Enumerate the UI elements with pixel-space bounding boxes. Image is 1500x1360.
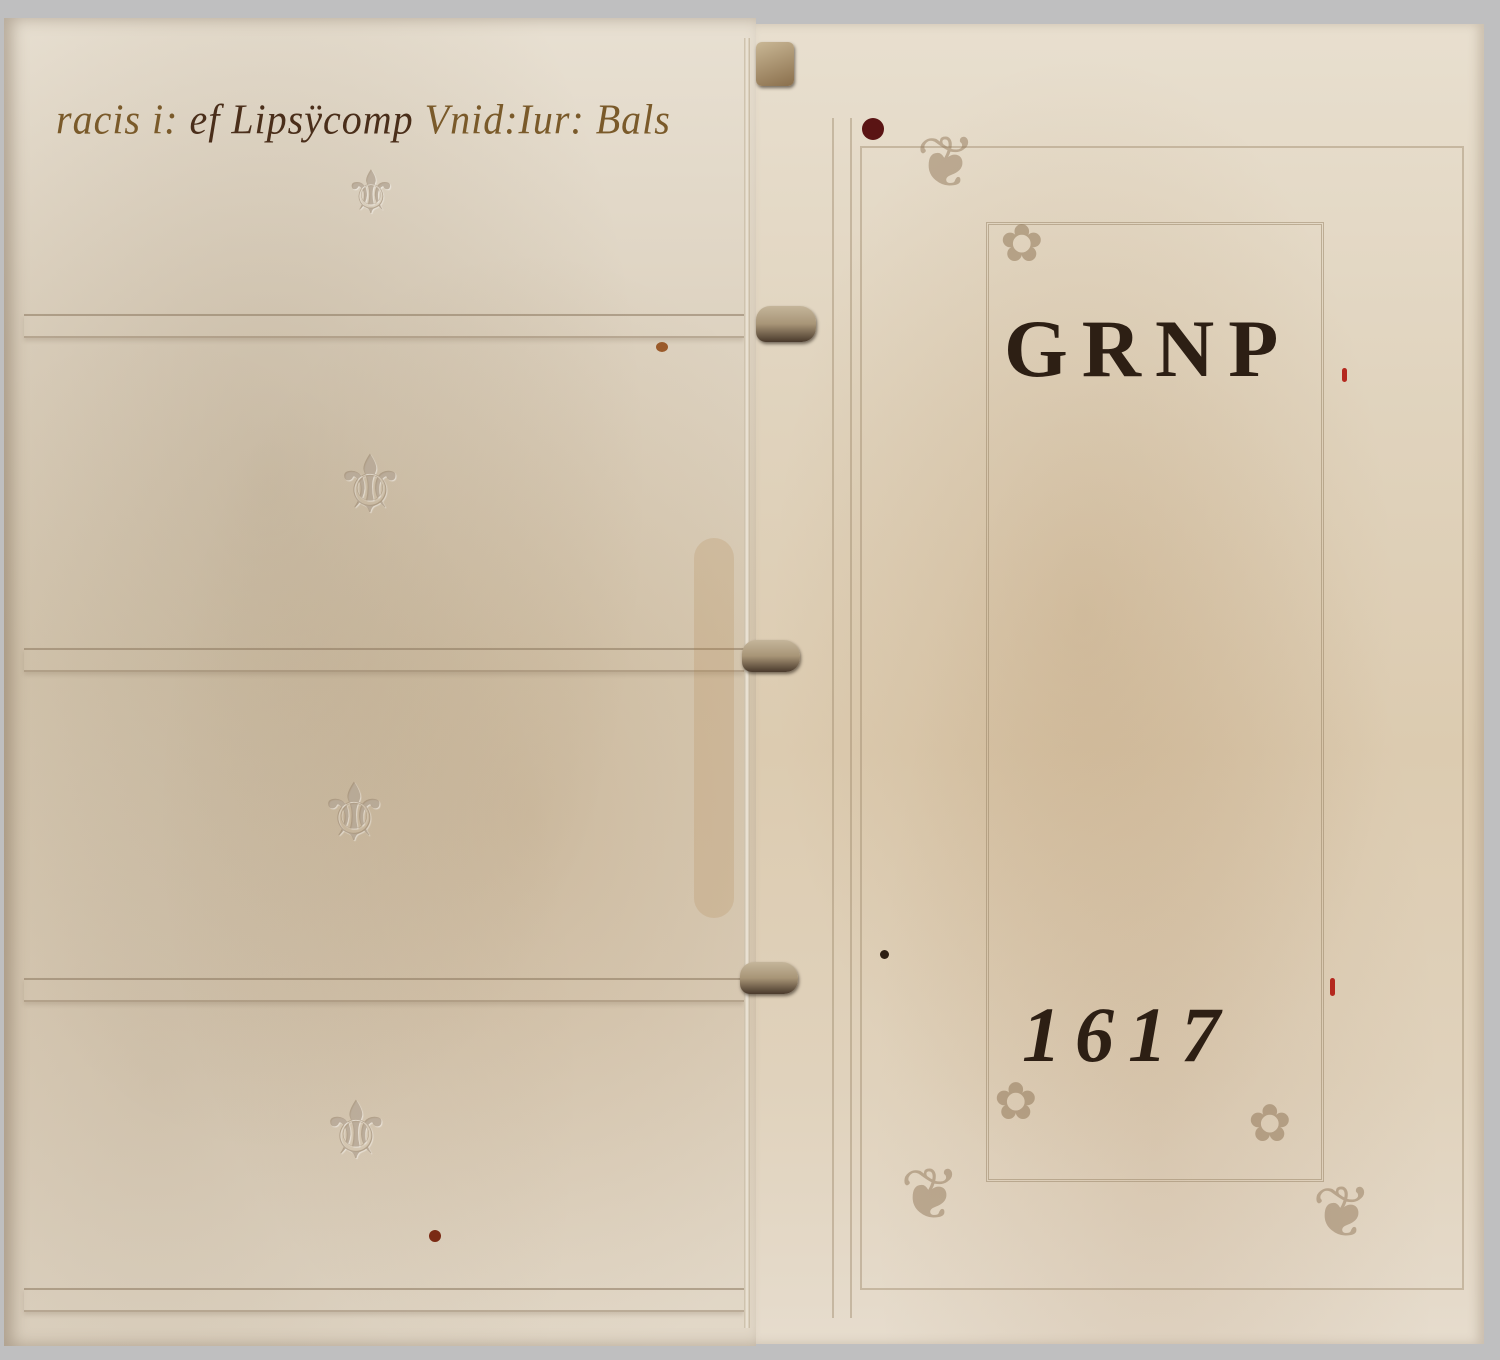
stain: [694, 538, 734, 918]
title-part-4: Vnid:Iur: Bals: [425, 96, 671, 143]
title-part-1: racis i:: [56, 96, 189, 143]
rosette-icon: ✿: [1248, 1094, 1292, 1154]
fleur-de-lis-icon: ⚜: [344, 158, 398, 228]
rosette-icon: ✿: [994, 1072, 1038, 1132]
raised-band-1: [24, 314, 744, 338]
stamped-initials: GRNP: [1004, 302, 1292, 396]
rosette-icon: ✿: [1000, 214, 1044, 274]
blind-fillet: [832, 118, 834, 1318]
stain: [656, 342, 668, 352]
corner-fleuron-icon: ❦: [1312, 1170, 1372, 1255]
red-seal-dot: [862, 118, 884, 140]
raised-band-2: [24, 648, 744, 672]
spine-hinge: [744, 38, 750, 1328]
raised-band-3: [24, 978, 744, 1002]
title-part-3: Lipsÿcomp: [231, 96, 424, 143]
spine-tab-top: [756, 42, 794, 86]
spine-tab-1: [756, 306, 816, 342]
title-part-2: ef: [189, 96, 231, 143]
back-cover: racis i: ef Lipsÿcomp Vnid:Iur: Bals ⚜ ⚜…: [4, 18, 756, 1346]
corner-fleuron-icon: ❦: [916, 120, 976, 205]
vellum-book: racis i: ef Lipsÿcomp Vnid:Iur: Bals ⚜ ⚜…: [4, 18, 1492, 1346]
stain: [429, 1230, 441, 1242]
spine-tab-3: [740, 962, 798, 994]
spine-tab-2: [742, 640, 800, 672]
blind-fillet: [850, 118, 852, 1318]
fleur-de-lis-icon: ⚜: [318, 766, 390, 860]
raised-band-4: [24, 1288, 744, 1312]
stamped-year: 1617: [1022, 990, 1234, 1080]
manuscript-title: racis i: ef Lipsÿcomp Vnid:Iur: Bals: [56, 95, 671, 144]
fleur-de-lis-icon: ⚜: [320, 1084, 392, 1178]
corner-fleuron-icon: ❦: [900, 1152, 960, 1237]
fleur-de-lis-icon: ⚜: [334, 438, 406, 532]
